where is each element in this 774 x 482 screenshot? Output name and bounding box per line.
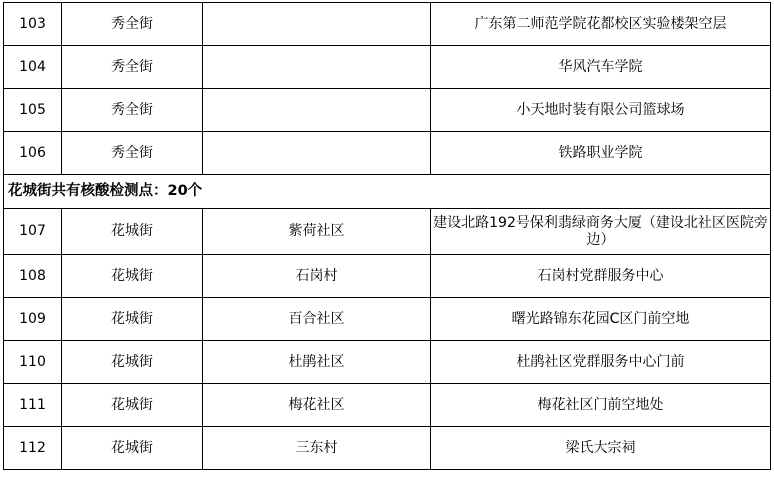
- table-row: 106 秀全街 铁路职业学院: [4, 132, 771, 175]
- cell-community[interactable]: 梅花社区: [203, 384, 431, 427]
- cell-street[interactable]: 秀全街: [62, 89, 203, 132]
- cell-number[interactable]: 107: [4, 209, 62, 255]
- cell-location[interactable]: 石岗村党群服务中心: [431, 255, 771, 298]
- cell-community[interactable]: [203, 89, 431, 132]
- cell-location[interactable]: 铁路职业学院: [431, 132, 771, 175]
- section-header-row: 花城街共有核酸检测点：20个: [4, 175, 771, 209]
- table-row: 112 花城街 三东村 梁氏大宗祠: [4, 427, 771, 470]
- cell-street[interactable]: 秀全街: [62, 3, 203, 46]
- cell-street[interactable]: 秀全街: [62, 46, 203, 89]
- cell-location[interactable]: 梁氏大宗祠: [431, 427, 771, 470]
- cell-community[interactable]: [203, 132, 431, 175]
- cell-community[interactable]: 紫荷社区: [203, 209, 431, 255]
- cell-number[interactable]: 110: [4, 341, 62, 384]
- cell-street[interactable]: 花城街: [62, 255, 203, 298]
- cell-street[interactable]: 花城街: [62, 427, 203, 470]
- cell-community[interactable]: 杜鹃社区: [203, 341, 431, 384]
- table-row: 110 花城街 杜鹃社区 杜鹃社区党群服务中心门前: [4, 341, 771, 384]
- cell-street[interactable]: 花城街: [62, 209, 203, 255]
- table-row: 108 花城街 石岗村 石岗村党群服务中心: [4, 255, 771, 298]
- cell-location[interactable]: 曙光路锦东花园C区门前空地: [431, 298, 771, 341]
- cell-street[interactable]: 花城街: [62, 341, 203, 384]
- table-row: 103 秀全街 广东第二师范学院花都校区实验楼架空层: [4, 3, 771, 46]
- cell-location[interactable]: 梅花社区门前空地处: [431, 384, 771, 427]
- cell-location[interactable]: 建设北路192号保利翡绿商务大厦（建设北社区医院旁边）: [431, 209, 771, 255]
- table-row: 105 秀全街 小天地时装有限公司篮球场: [4, 89, 771, 132]
- table-row: 111 花城街 梅花社区 梅花社区门前空地处: [4, 384, 771, 427]
- table-row: 104 秀全街 华风汽车学院: [4, 46, 771, 89]
- section-header[interactable]: 花城街共有核酸检测点：20个: [4, 175, 771, 209]
- cell-community[interactable]: [203, 3, 431, 46]
- cell-number[interactable]: 103: [4, 3, 62, 46]
- cell-number[interactable]: 108: [4, 255, 62, 298]
- cell-community[interactable]: 石岗村: [203, 255, 431, 298]
- cell-number[interactable]: 112: [4, 427, 62, 470]
- cell-community[interactable]: 三东村: [203, 427, 431, 470]
- cell-location[interactable]: 广东第二师范学院花都校区实验楼架空层: [431, 3, 771, 46]
- cell-number[interactable]: 109: [4, 298, 62, 341]
- spreadsheet: 103 秀全街 广东第二师范学院花都校区实验楼架空层 104 秀全街 华风汽车学…: [3, 2, 771, 470]
- cell-number[interactable]: 111: [4, 384, 62, 427]
- cell-street[interactable]: 秀全街: [62, 132, 203, 175]
- testing-sites-table: 103 秀全街 广东第二师范学院花都校区实验楼架空层 104 秀全街 华风汽车学…: [3, 2, 771, 470]
- cell-number[interactable]: 104: [4, 46, 62, 89]
- cell-number[interactable]: 105: [4, 89, 62, 132]
- cell-street[interactable]: 花城街: [62, 384, 203, 427]
- cell-community[interactable]: 百合社区: [203, 298, 431, 341]
- cell-street[interactable]: 花城街: [62, 298, 203, 341]
- cell-location[interactable]: 华风汽车学院: [431, 46, 771, 89]
- cell-location[interactable]: 小天地时装有限公司篮球场: [431, 89, 771, 132]
- cell-community[interactable]: [203, 46, 431, 89]
- table-row: 109 花城街 百合社区 曙光路锦东花园C区门前空地: [4, 298, 771, 341]
- cell-location[interactable]: 杜鹃社区党群服务中心门前: [431, 341, 771, 384]
- cell-number[interactable]: 106: [4, 132, 62, 175]
- table-row: 107 花城街 紫荷社区 建设北路192号保利翡绿商务大厦（建设北社区医院旁边）: [4, 209, 771, 255]
